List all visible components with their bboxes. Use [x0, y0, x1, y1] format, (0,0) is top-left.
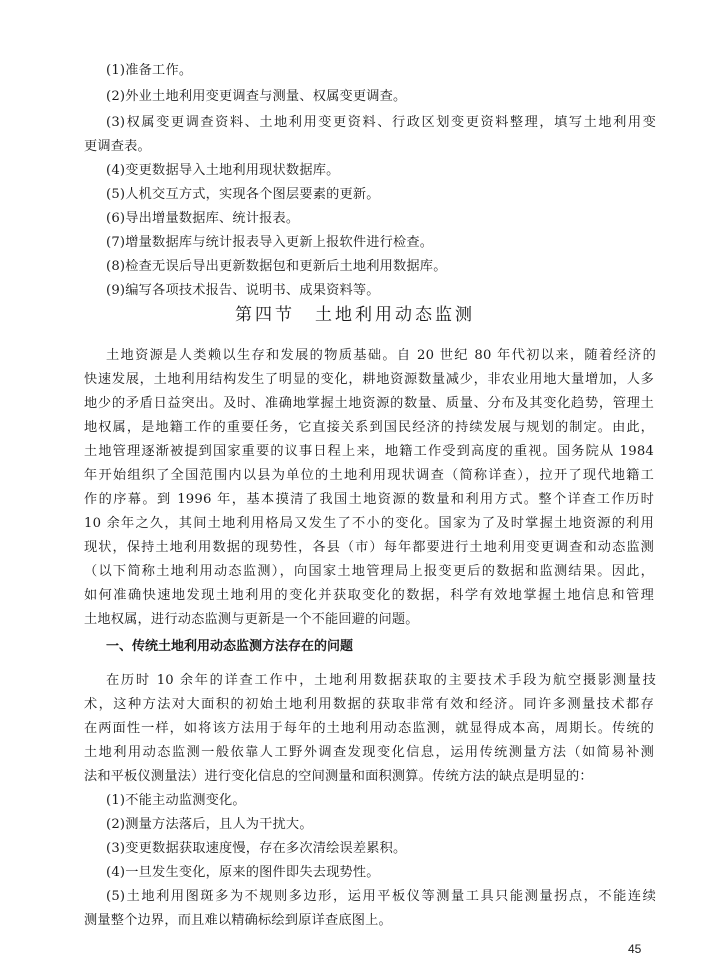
list-item: (7)增量数据库与统计报表导入更新上报软件进行检查。 [106, 234, 433, 252]
list-item: (4)一旦发生变化，原来的图件即失去现势性。 [106, 864, 380, 882]
document-page: (1)准备工作。 (2)外业土地利用变更调查与测量、权属变更调查。 (3)权属变… [0, 0, 710, 980]
list-item: (9)编写各项技术报告、说明书、成果资料等。 [106, 282, 380, 300]
section-title: 第四节 土地利用动态监测 [0, 300, 710, 325]
list-item: (2)测量方法落后，且人为干扰大。 [106, 816, 313, 834]
paragraph-line: 地权属，是地籍工作的重要任务，它直接关系到国民经济的持续发展与规划的制定。由此， [84, 419, 654, 437]
paragraph-line: 快速发展，土地利用结构发生了明显的变化，耕地资源数量减少，非农业用地大量增加，人… [84, 371, 654, 389]
list-item: (2)外业土地利用变更调查与测量、权属变更调查。 [106, 88, 406, 106]
paragraph-line: 土地资源是人类赖以生存和发展的物质基础。自 20 世纪 80 年代初以来，随着经… [106, 347, 656, 365]
list-item: (8)检查无误后导出更新数据包和更新后土地利用数据库。 [106, 258, 447, 276]
paragraph-line: （以下简称土地利用动态监测），向国家土地管理局上报变更后的数据和监测结果。因此， [84, 563, 654, 581]
list-item-continuation: 更调查表。 [84, 138, 151, 156]
list-item: (3)变更数据获取速度慢，存在多次清绘误差累积。 [106, 840, 406, 858]
subsection-title: 一、传统土地利用动态监测方法存在的问题 [106, 638, 353, 656]
page-number: 45 [628, 942, 641, 956]
paragraph-line: 地少的矛盾日益突出。及时、准确地掌握土地资源的数量、质量、分布及其变化趋势，管理… [84, 395, 654, 413]
paragraph-line: 土地权属，进行动态监测与更新是一个不能回避的问题。 [84, 611, 419, 629]
paragraph-line: 年开始组织了全国范围内以县为单位的土地利用现状调查（简称详查），拉开了现代地籍工 [84, 467, 654, 485]
list-item: (5)土地利用图斑多为不规则多边形，运用平板仪等测量工具只能测量拐点，不能连续 [106, 888, 656, 906]
paragraph-line: 10 余年之久，其间土地利用格局又发生了不小的变化。国家为了及时掌握土地资源的利… [84, 515, 654, 533]
paragraph-line: 术，这种方法对大面积的初始土地利用数据的获取非常有效和经济。同许多测量技术都存 [84, 696, 654, 714]
paragraph-line: 如何准确快速地发现土地利用的变化并获取变化的数据，科学有效地掌握土地信息和管理 [84, 587, 654, 605]
paragraph-line: 现状，保持土地利用数据的现势性，各县（市）每年都要进行土地利用变更调查和动态监测 [84, 539, 654, 557]
list-item: (1)不能主动监测变化。 [106, 792, 246, 810]
list-item: (1)准备工作。 [106, 62, 192, 80]
list-item: (4)变更数据导入土地利用现状数据库。 [106, 162, 339, 180]
list-item: (3)权属变更调查资料、土地利用变更资料、行政区划变更资料整理，填写土地利用变 [106, 114, 656, 132]
list-item-continuation: 测量整个边界，而且难以精确标绘到原详查底图上。 [84, 912, 392, 930]
paragraph-line: 法和平板仪测量法）进行变化信息的空间测量和面积测算。传统方法的缺点是明显的： [84, 768, 593, 786]
paragraph-line: 土地管理逐渐被提到国家重要的议事日程上来，地籍工作受到高度的重视。国务院从 19… [84, 443, 654, 461]
list-item: (6)导出增量数据库、统计报表。 [106, 210, 299, 228]
paragraph-line: 作的序幕。到 1996 年，基本摸清了我国土地资源的数量和利用方式。整个详查工作… [84, 491, 654, 509]
list-item: (5)人机交互方式，实现各个图层要素的更新。 [106, 186, 380, 204]
paragraph-line: 在历时 10 余年的详查工作中，土地利用数据获取的主要技术手段为航空摄影测量技 [106, 672, 656, 690]
paragraph-line: 土地利用动态监测一般依靠人工野外调查发现变化信息，运用传统测量方法（如简易补测 [84, 744, 654, 762]
paragraph-line: 在两面性一样，如将该方法用于每年的土地利用动态监测，就显得成本高，周期长。传统的 [84, 720, 654, 738]
